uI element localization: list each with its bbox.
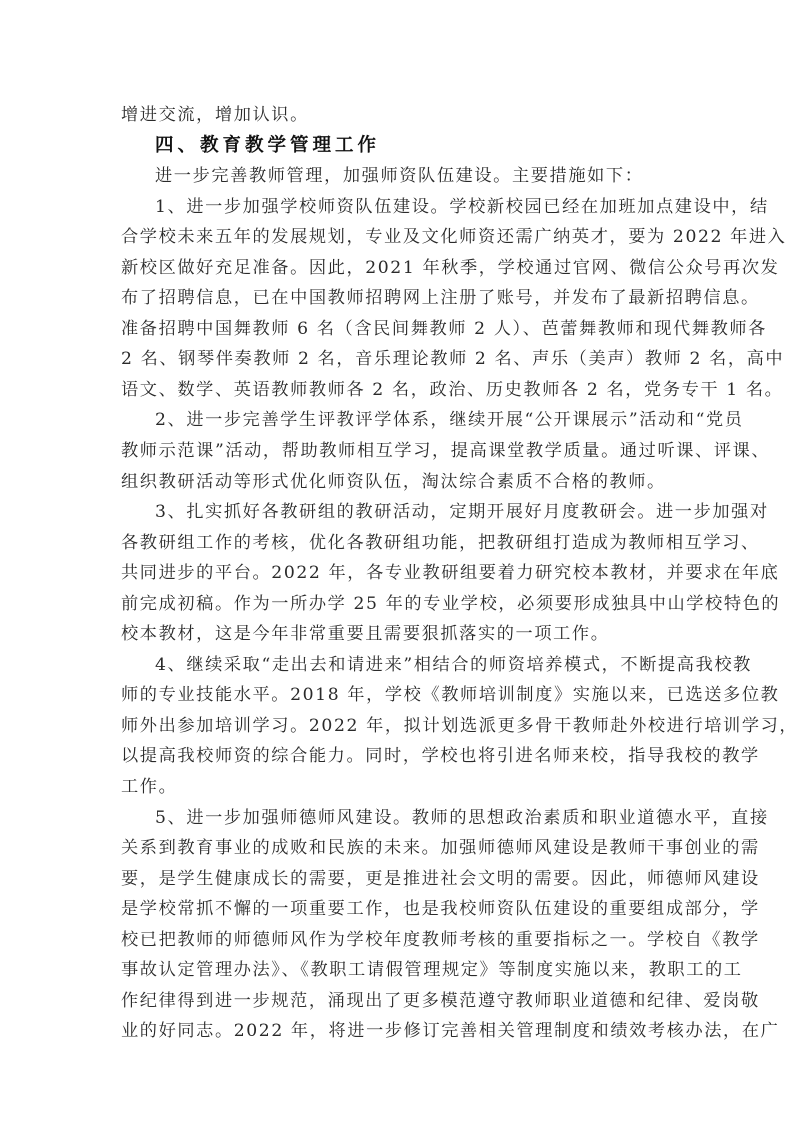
paragraph-line: 事故认定管理办法》、《教职工请假管理规定》等制度实施以来，教职工的工 bbox=[121, 955, 681, 986]
paragraph-line: 布了招聘信息，已在中国教师招聘网上注册了账号，并发布了最新招聘信息。 bbox=[121, 283, 681, 314]
document-body: 增进交流，增加认识。 四、教育教学管理工作 进一步完善教师管理，加强师资队伍建设… bbox=[121, 100, 681, 1047]
paragraph-line: 组织教研活动等形式优化师资队伍，淘汰综合素质不合格的教师。 bbox=[121, 467, 681, 498]
paragraph-line: 新校区做好充足准备。因此，2021 年秋季，学校通过官网、微信公众号再次发 bbox=[121, 253, 681, 284]
paragraph-line: 以提高我校师资的综合能力。同时，学校也将引进名师来校，指导我校的教学 bbox=[121, 741, 681, 772]
section-intro: 进一步完善教师管理，加强师资队伍建设。主要措施如下： bbox=[121, 161, 681, 192]
paragraph-line: 准备招聘中国舞教师 6 名（含民间舞教师 2 人）、芭蕾舞教师和现代舞教师各 bbox=[121, 314, 681, 345]
paragraph-line: 作纪律得到进一步规范，涌现出了更多模范遵守教师职业道德和纪律、爱岗敬 bbox=[121, 986, 681, 1017]
paragraph-line: 各教研组工作的考核，优化各教研组功能，把教研组打造成为教师相互学习、 bbox=[121, 528, 681, 559]
paragraph-line: 师外出参加培训学习。2022 年，拟计划选派更多骨干教师赴外校进行培训学习， bbox=[121, 711, 681, 742]
paragraph-line: 校已把教师的师德师风作为学校年度教师考核的重要指标之一。学校自《教学 bbox=[121, 925, 681, 956]
paragraph-line: 共同进步的平台。2022 年，各专业教研组要着力研究校本教材，并要求在年底 bbox=[121, 558, 681, 589]
paragraph-line: 4、继续采取“走出去和请进来”相结合的师资培养模式，不断提高我校教 bbox=[121, 650, 681, 681]
paragraph-line: 要，是学生健康成长的需要，更是推进社会文明的需要。因此，师德师风建设 bbox=[121, 864, 681, 895]
paragraph-line: 3、扎实抓好各教研组的教研活动，定期开展好月度教研会。进一步加强对 bbox=[121, 497, 681, 528]
paragraph-4: 4、继续采取“走出去和请进来”相结合的师资培养模式，不断提高我校教 师的专业技能… bbox=[121, 650, 681, 803]
paragraph-line: 合学校未来五年的发展规划，专业及文化师资还需广纳英才，要为 2022 年进入 bbox=[121, 222, 681, 253]
paragraph-1: 1、进一步加强学校师资队伍建设。学校新校园已经在加班加点建设中，结 合学校未来五… bbox=[121, 192, 681, 406]
paragraph-line: 1、进一步加强学校师资队伍建设。学校新校园已经在加班加点建设中，结 bbox=[121, 192, 681, 223]
paragraph-line: 是学校常抓不懈的一项重要工作，也是我校师资队伍建设的重要组成部分，学 bbox=[121, 894, 681, 925]
paragraph-line: 语文、数学、英语教师教师各 2 名，政治、历史教师各 2 名，党务专干 1 名。 bbox=[121, 375, 681, 406]
paragraph-line: 工作。 bbox=[121, 772, 681, 803]
continuation-line: 增进交流，增加认识。 bbox=[121, 100, 681, 131]
paragraph-line: 5、进一步加强师德师风建设。教师的思想政治素质和职业道德水平，直接 bbox=[121, 803, 681, 834]
paragraph-line: 2、进一步完善学生评教评学体系，继续开展“公开课展示”活动和“党员 bbox=[121, 405, 681, 436]
paragraph-line: 业的好同志。2022 年，将进一步修订完善相关管理制度和绩效考核办法，在广 bbox=[121, 1016, 681, 1047]
paragraph-line: 2 名、钢琴伴奏教师 2 名，音乐理论教师 2 名、声乐（美声）教师 2 名，高… bbox=[121, 344, 681, 375]
document-page: 增进交流，增加认识。 四、教育教学管理工作 进一步完善教师管理，加强师资队伍建设… bbox=[0, 0, 800, 1131]
paragraph-line: 前完成初稿。作为一所办学 25 年的专业学校，必须要形成独具中山学校特色的 bbox=[121, 589, 681, 620]
paragraph-2: 2、进一步完善学生评教评学体系，继续开展“公开课展示”活动和“党员 教师示范课”… bbox=[121, 405, 681, 497]
paragraph-line: 关系到教育事业的成败和民族的未来。加强师德师风建设是教师干事创业的需 bbox=[121, 833, 681, 864]
section-heading: 四、教育教学管理工作 bbox=[121, 131, 681, 162]
paragraph-line: 教师示范课”活动，帮助教师相互学习，提高课堂教学质量。通过听课、评课、 bbox=[121, 436, 681, 467]
paragraph-3: 3、扎实抓好各教研组的教研活动，定期开展好月度教研会。进一步加强对 各教研组工作… bbox=[121, 497, 681, 650]
paragraph-line: 师的专业技能水平。2018 年，学校《教师培训制度》实施以来，已选送多位教 bbox=[121, 680, 681, 711]
paragraph-line: 校本教材，这是今年非常重要且需要狠抓落实的一项工作。 bbox=[121, 619, 681, 650]
paragraph-5: 5、进一步加强师德师风建设。教师的思想政治素质和职业道德水平，直接 关系到教育事… bbox=[121, 803, 681, 1047]
